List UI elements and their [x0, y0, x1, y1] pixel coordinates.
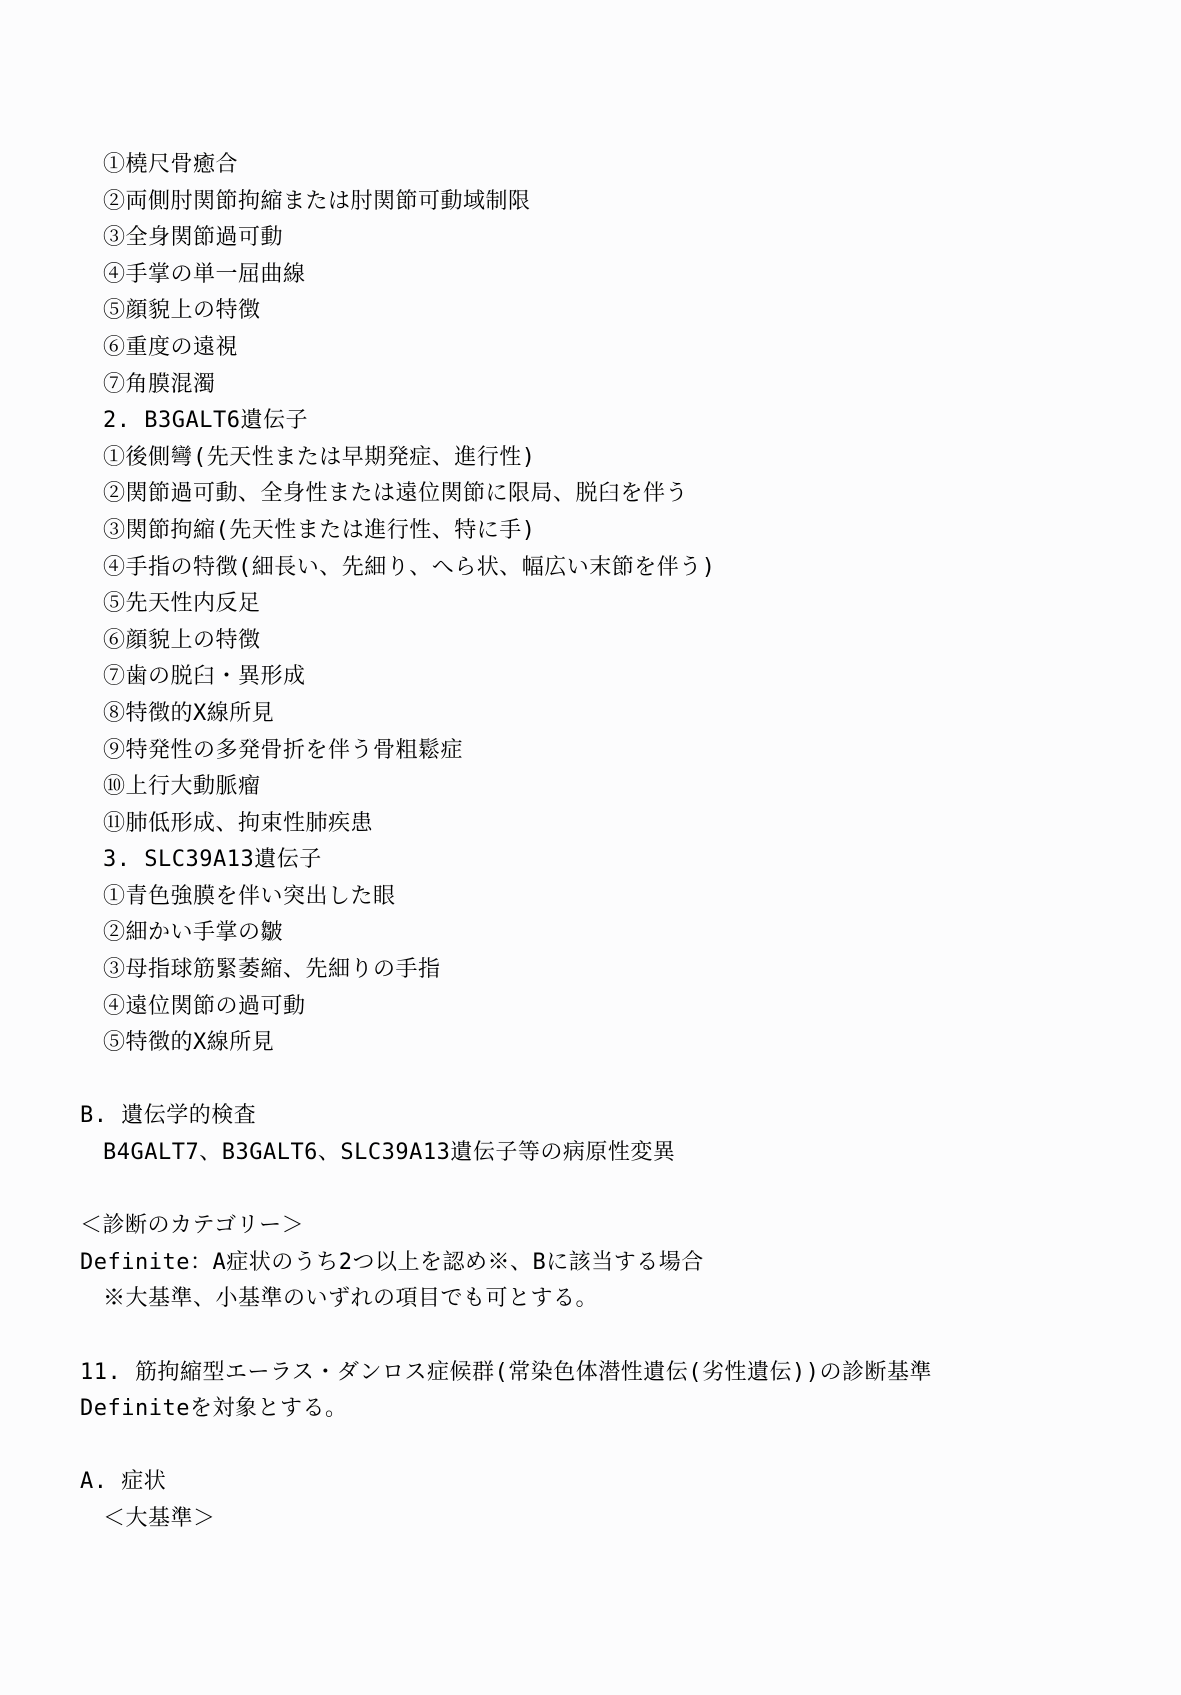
- text-line: ※大基準、小基準のいずれの項目でも可とする。: [0, 1281, 1181, 1318]
- text-line: B. 遺伝学的検査: [0, 1098, 1181, 1135]
- blank-line: [0, 1428, 1181, 1465]
- text-line: ⑪肺低形成、拘束性肺疾患: [0, 806, 1181, 843]
- text-line: ⑥重度の遠視: [0, 330, 1181, 367]
- text-line: ⑧特徴的X線所見: [0, 696, 1181, 733]
- text-line: ①後側彎(先天性または早期発症、進行性): [0, 440, 1181, 477]
- text-line: ⑨特発性の多発骨折を伴う骨粗鬆症: [0, 733, 1181, 770]
- text-line: ⑦歯の脱臼・異形成: [0, 659, 1181, 696]
- text-line: ②両側肘関節拘縮または肘関節可動域制限: [0, 184, 1181, 221]
- blank-line: [0, 1318, 1181, 1355]
- text-line: ⑤顔貌上の特徴: [0, 293, 1181, 330]
- text-line: ④遠位関節の過可動: [0, 989, 1181, 1026]
- text-line: ＜大基準＞: [0, 1501, 1181, 1538]
- text-line: ②関節過可動、全身性または遠位関節に限局、脱臼を伴う: [0, 476, 1181, 513]
- blank-line: [0, 1172, 1181, 1209]
- text-line: ⑥顔貌上の特徴: [0, 623, 1181, 660]
- text-line: ⑩上行大動脈瘤: [0, 769, 1181, 806]
- text-line: ④手掌の単一屈曲線: [0, 257, 1181, 294]
- text-line: 2. B3GALT6遺伝子: [0, 403, 1181, 440]
- text-line: ③母指球筋緊萎縮、先細りの手指: [0, 952, 1181, 989]
- text-line: ⑤特徴的X線所見: [0, 1025, 1181, 1062]
- text-line: B4GALT7、B3GALT6、SLC39A13遺伝子等の病原性変異: [0, 1135, 1181, 1172]
- text-line: A. 症状: [0, 1464, 1181, 1501]
- text-line: ⑦角膜混濁: [0, 367, 1181, 404]
- text-line: Definite：A症状のうち2つ以上を認め※、Bに該当する場合: [0, 1245, 1181, 1282]
- text-line: ①橈尺骨癒合: [0, 147, 1181, 184]
- text-line: 3. SLC39A13遺伝子: [0, 842, 1181, 879]
- text-line: ＜診断のカテゴリー＞: [0, 1208, 1181, 1245]
- text-line: ⑤先天性内反足: [0, 586, 1181, 623]
- blank-line: [0, 1062, 1181, 1099]
- text-line: Definiteを対象とする。: [0, 1391, 1181, 1428]
- text-line: ①青色強膜を伴い突出した眼: [0, 879, 1181, 916]
- text-line: ③全身関節過可動: [0, 220, 1181, 257]
- text-line: ④手指の特徴(細長い、先細り、へら状、幅広い末節を伴う): [0, 550, 1181, 587]
- text-line: ②細かい手掌の皺: [0, 915, 1181, 952]
- document-page: ①橈尺骨癒合②両側肘関節拘縮または肘関節可動域制限③全身関節過可動④手掌の単一屈…: [0, 147, 1181, 1538]
- text-line: 11. 筋拘縮型エーラス・ダンロス症候群(常染色体潜性遺伝(劣性遺伝))の診断基…: [0, 1355, 1181, 1392]
- text-line: ③関節拘縮(先天性または進行性、特に手): [0, 513, 1181, 550]
